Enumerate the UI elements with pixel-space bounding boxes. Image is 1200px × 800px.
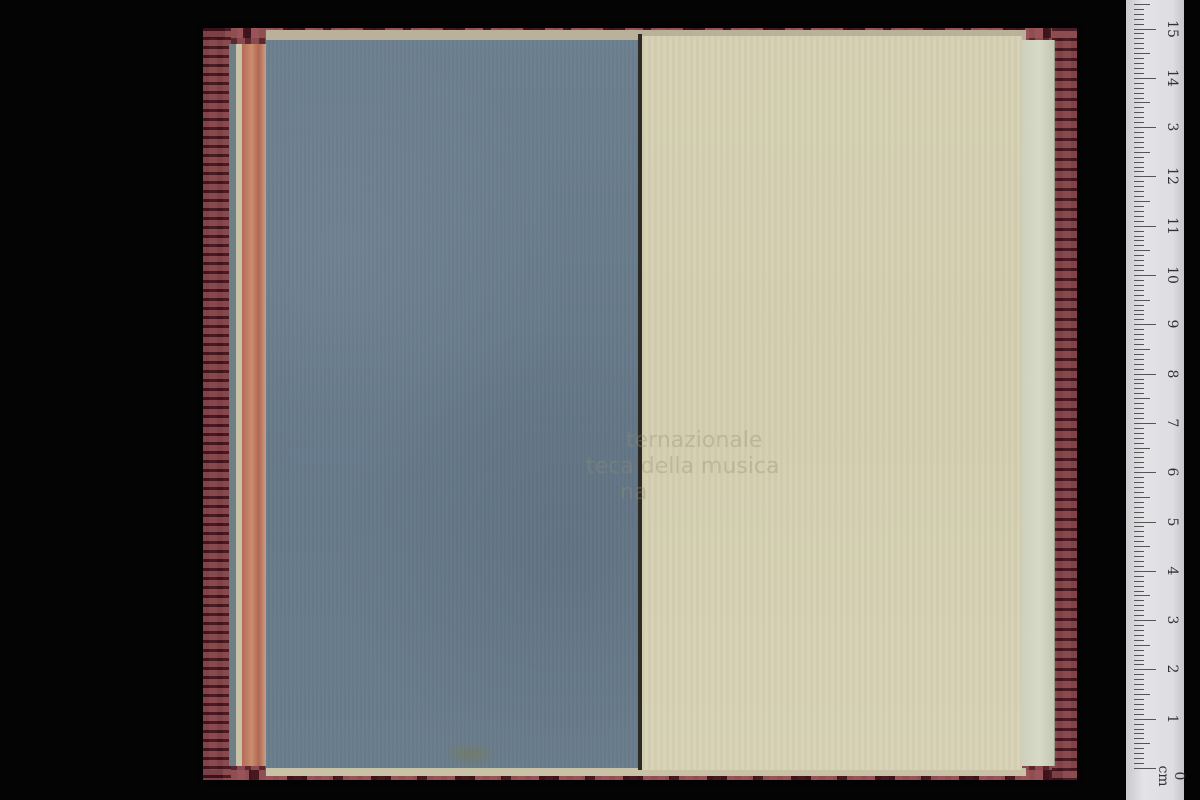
ruler-tick [1134,438,1144,439]
ruler-tick [1134,630,1144,631]
ruler-tick [1134,73,1144,74]
ruler-tick [1134,714,1144,715]
watermark-line: na [560,480,860,506]
ruler-tick [1134,260,1144,261]
ruler-tick [1134,753,1144,754]
watermark-line: teca della musica [560,454,860,480]
measurement-ruler: 0 cm12345678910111231415 [1126,0,1184,800]
right-underpage [1018,40,1055,766]
ruler-tick [1134,127,1156,128]
left-endpaper [266,40,640,768]
ruler-tick [1134,650,1144,651]
photo-background: ternazionale teca della musica na 0 cm12… [0,0,1200,800]
ruler-tick [1134,221,1144,222]
ruler-tick [1134,428,1144,429]
ruler-tick [1134,660,1144,661]
ruler-tick [1134,403,1144,404]
ruler-tick [1134,517,1144,518]
ruler-tick [1134,512,1144,513]
ruler-tick [1134,452,1144,453]
ruler-tick [1134,507,1144,508]
ruler-tick [1134,393,1144,394]
ruler-tick [1134,300,1150,301]
ruler-tick [1134,147,1144,148]
ruler-number: 8 [1164,364,1180,384]
ruler-tick [1134,24,1144,25]
ruler-tick [1134,645,1150,646]
ruler-tick [1134,418,1144,419]
ruler-tick [1134,699,1144,700]
ruler-tick [1134,275,1156,276]
ruler-tick [1134,482,1144,483]
ruler-tick [1134,102,1150,103]
ruler-tick [1134,566,1144,567]
ruler-tick [1134,186,1144,187]
ruler-tick [1134,694,1150,695]
ruler-tick [1134,290,1144,291]
ruler-tick [1134,457,1144,458]
ruler-tick [1134,270,1144,271]
ruler-number: 6 [1164,462,1180,482]
ruler-tick [1134,605,1144,606]
ruler-tick [1134,576,1144,577]
ruler-tick [1134,255,1144,256]
ruler-tick [1134,295,1144,296]
ruler-tick [1134,724,1144,725]
ruler-tick [1134,167,1144,168]
ruler-tick [1134,78,1156,79]
ruler-tick [1134,63,1144,64]
ruler-tick [1134,443,1144,444]
ruler-tick [1134,620,1156,621]
ruler-tick [1134,4,1150,5]
ruler-tick [1134,364,1144,365]
ruler-tick [1134,231,1144,232]
ruler-tick [1134,526,1144,527]
ruler-tick [1134,763,1144,764]
ruler-tick [1134,684,1144,685]
ruler-tick [1134,245,1144,246]
ruler-tick [1134,615,1144,616]
ruler-tick [1134,14,1144,15]
ruler-tick [1134,305,1144,306]
ruler-tick [1134,669,1156,670]
ruler-tick [1134,226,1156,227]
ruler-tick [1134,383,1144,384]
ruler-tick [1134,33,1144,34]
ruler-tick [1134,487,1144,488]
ruler-tick [1134,176,1156,177]
ruler-tick [1134,58,1144,59]
ruler-tick [1134,709,1144,710]
ruler-tick [1134,132,1144,133]
ruler-tick [1134,571,1156,572]
ruler-tick [1134,38,1144,39]
ruler-tick [1134,324,1156,325]
ruler-tick [1134,561,1144,562]
ruler-tick [1134,9,1144,10]
ruler-number: 11 [1164,216,1180,236]
ruler-tick [1134,768,1156,769]
ruler-tick [1134,551,1144,552]
ruler-tick [1134,83,1144,84]
ruler-number: 2 [1164,659,1180,679]
ruler-tick [1134,704,1144,705]
ruler-tick [1134,137,1144,138]
cover-edge-right [1052,28,1077,780]
ruler-tick [1134,314,1144,315]
ruler-tick [1134,29,1156,30]
ruler-tick [1134,522,1156,523]
ruler-tick [1134,556,1144,557]
ruler-tick [1134,93,1144,94]
ruler-tick [1134,68,1144,69]
ruler-tick [1134,211,1144,212]
ruler-tick [1134,591,1144,592]
ruler-tick [1134,201,1150,202]
ruler-tick [1134,640,1144,641]
ruler-tick [1134,250,1150,251]
ruler-tick [1134,157,1144,158]
marbled-page-edge [242,44,266,766]
ruler-tick [1134,679,1144,680]
ruler-tick [1134,502,1144,503]
ruler-tick [1134,216,1144,217]
ruler-tick [1134,408,1144,409]
ruler-tick [1134,285,1144,286]
ruler-tick [1134,181,1144,182]
ruler-tick [1134,349,1150,350]
ruler-tick [1134,142,1144,143]
ruler-tick [1134,329,1144,330]
ruler-tick [1134,719,1156,720]
ruler-tick [1134,310,1144,311]
ruler-tick [1134,536,1144,537]
ruler-tick [1134,595,1150,596]
ruler-tick [1134,265,1144,266]
ruler-tick [1134,196,1144,197]
ruler-tick [1134,388,1144,389]
ruler-tick [1134,354,1144,355]
ruler-number: 14 [1164,68,1180,88]
ruler-number: 15 [1164,19,1180,39]
ruler-tick [1134,98,1144,99]
book-gutter [638,34,642,770]
ruler-tick [1134,240,1144,241]
cover-edge-left [203,28,231,780]
ruler-number: 3 [1164,117,1180,137]
ruler-tick [1134,664,1144,665]
ruler-tick [1134,472,1156,473]
right-page [642,36,1022,770]
ruler-tick [1134,117,1144,118]
ruler-tick [1134,625,1144,626]
ruler-tick [1134,379,1144,380]
ruler-tick [1134,112,1144,113]
ruler-tick [1134,541,1144,542]
ruler-tick [1134,674,1144,675]
ruler-tick [1134,738,1144,739]
ruler-number: 3 [1164,610,1180,630]
ruler-tick [1134,374,1156,375]
ruler-tick [1134,359,1144,360]
ruler-tick [1134,162,1144,163]
ruler-tick [1134,581,1144,582]
ruler-tick [1134,546,1150,547]
ruler-tick [1134,107,1144,108]
ruler-tick [1134,43,1144,44]
ruler-tick [1134,398,1150,399]
ruler-tick [1134,206,1144,207]
ruler-tick [1134,743,1150,744]
ruler-number: 4 [1164,561,1180,581]
ruler-tick [1134,497,1150,498]
ruler-tick [1134,48,1144,49]
ruler-tick [1134,319,1144,320]
ruler-tick [1134,729,1144,730]
watermark: ternazionale teca della musica na [560,428,860,506]
ruler-tick [1134,19,1144,20]
ruler-tick [1134,433,1144,434]
ruler-tick [1134,492,1144,493]
ruler-tick [1134,53,1150,54]
ruler-tick [1134,344,1144,345]
ruler-tick [1134,600,1144,601]
ruler-number: 12 [1164,166,1180,186]
ruler-tick [1134,655,1144,656]
ruler-tick [1134,477,1144,478]
ruler-tick [1134,467,1144,468]
ruler-tick [1134,635,1144,636]
ruler-tick [1134,334,1144,335]
ruler-tick [1134,689,1144,690]
ruler-tick [1134,236,1144,237]
ruler-tick [1134,733,1144,734]
ruler-tick [1134,462,1144,463]
ruler-number: 5 [1164,512,1180,532]
ruler-tick [1134,586,1144,587]
ruler-tick [1134,191,1144,192]
ruler-tick [1134,531,1144,532]
ruler-tick [1134,610,1144,611]
ruler-number: 10 [1164,265,1180,285]
ruler-tick [1134,88,1144,89]
ruler-number: 7 [1164,413,1180,433]
ruler-tick [1134,748,1144,749]
ruler-tick [1134,152,1150,153]
watermark-line: ternazionale [560,428,860,454]
ruler-tick [1134,280,1144,281]
ruler-tick [1134,758,1144,759]
ruler-tick [1134,171,1144,172]
paper-stain [440,740,500,768]
ruler-tick [1134,423,1156,424]
ruler-number: 9 [1164,314,1180,334]
ruler-tick [1134,448,1150,449]
ruler-tick [1134,413,1144,414]
ruler-tick [1134,339,1144,340]
ruler-tick [1134,122,1144,123]
ruler-tick [1134,369,1144,370]
ruler-number: 1 [1164,709,1180,729]
ruler-unit-label: 0 cm [1155,759,1187,793]
